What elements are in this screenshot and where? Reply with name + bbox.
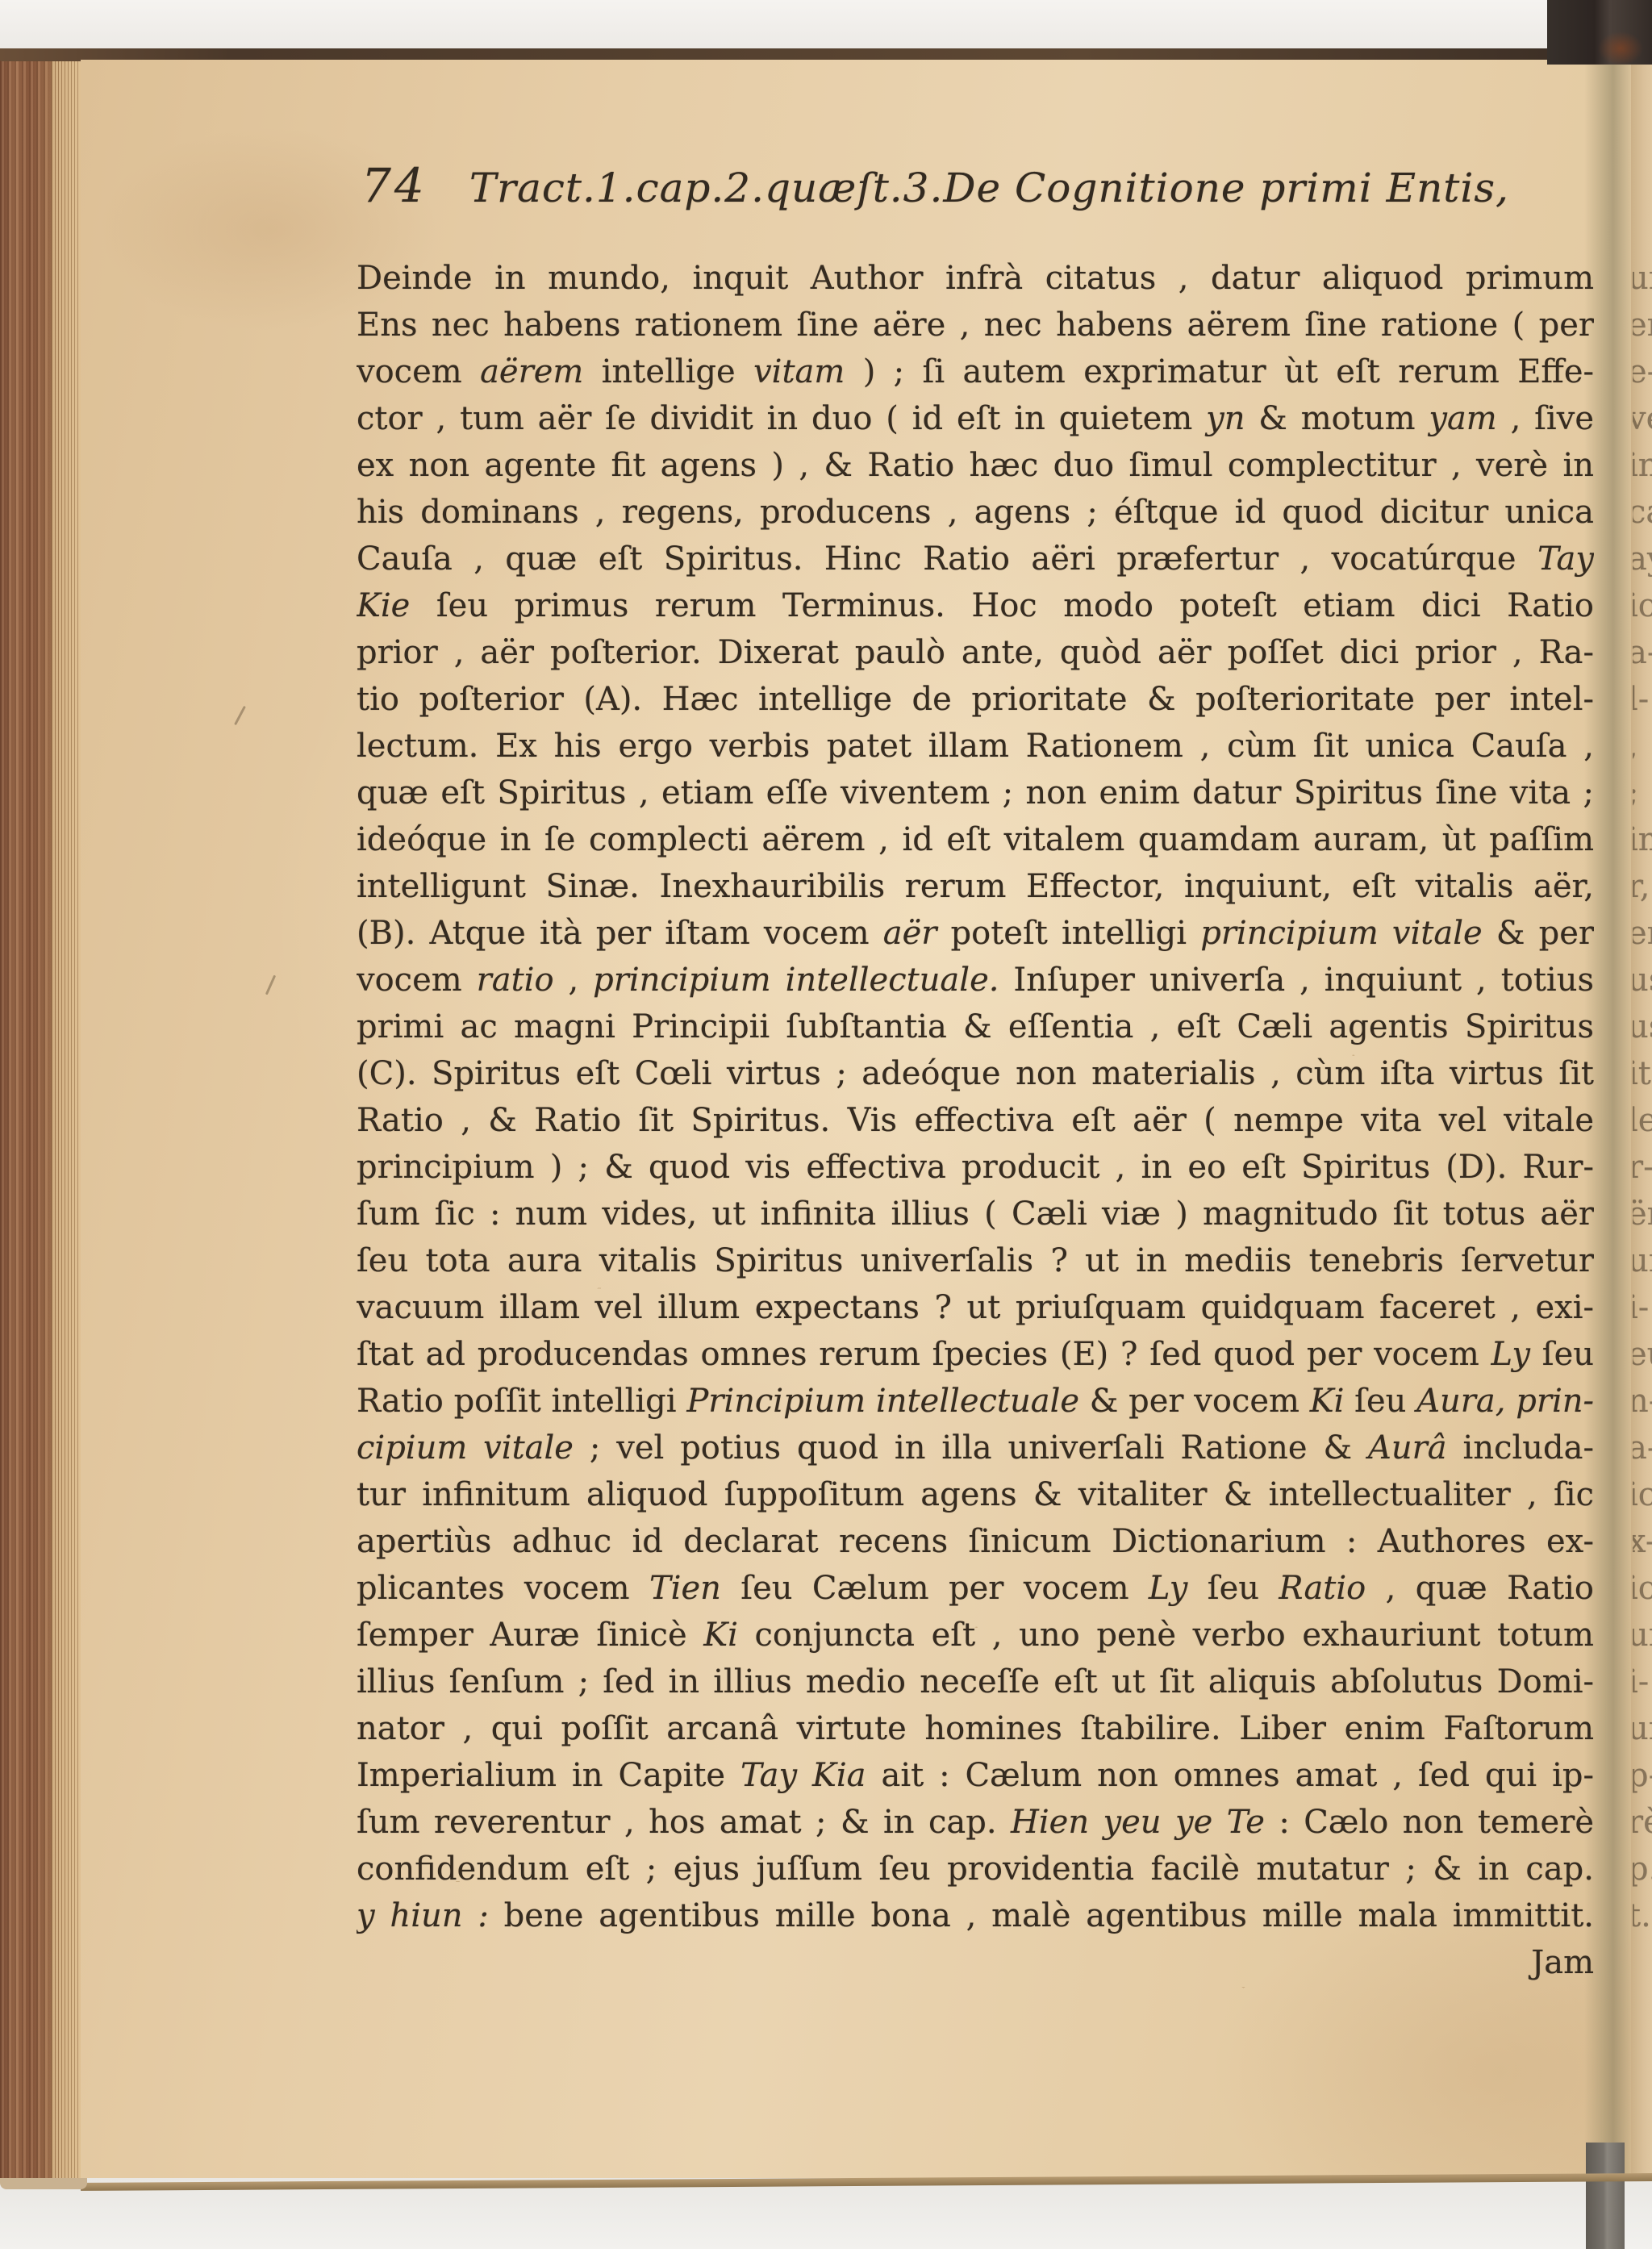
roman-run: ideóque in ſe complecti aërem , id eſt v…: [357, 821, 1594, 858]
text-line: ctor , tum aër ſe dividit in duo ( id eſ…: [357, 395, 1594, 442]
italic-run: Kie: [357, 587, 410, 624]
text-line: ex non agente fit agens ) , & Ratio hæc …: [357, 442, 1594, 489]
text-line: prior , aër poſterior. Dixerat paulò ant…: [357, 629, 1594, 676]
roman-run: lectum. Ex his ergo verbis patet illam R…: [357, 728, 1594, 765]
roman-run: ) ; ſi autem exprimatur ùt eſt rerum Eff…: [845, 353, 1594, 390]
edge-fragment: i-: [1633, 1284, 1652, 1331]
italic-run: vitam: [753, 353, 845, 390]
edge-fragment: im: [1633, 816, 1652, 863]
catchword: Jam: [357, 1939, 1594, 1986]
italic-run: Ly: [1149, 1570, 1187, 1607]
text-line: nator , qui poſſit arcanâ virtute homine…: [357, 1705, 1594, 1752]
italic-run: principium intellectuale.: [593, 962, 999, 999]
text-line: y hiun : bene agentibus mille bona , mal…: [357, 1892, 1594, 1939]
text-line: Cauſa , quæ eſt Spiritus. Hinc Ratio aër…: [357, 536, 1594, 582]
book-binding-spine: [0, 52, 52, 2183]
roman-run: ,: [554, 962, 594, 999]
roman-run: ſeu: [1530, 1336, 1594, 1373]
roman-run: , ſive: [1497, 400, 1594, 437]
text-line: Ratio , & Ratio ſit Spiritus. Vis effect…: [357, 1097, 1594, 1144]
italic-run: Tay: [1537, 540, 1594, 578]
roman-run: ait : Cælum non omnes amat , ſed qui ip-: [866, 1757, 1594, 1794]
edge-fragment: ve: [1633, 395, 1652, 442]
edge-fragment: p-: [1633, 1752, 1652, 1799]
scan-background-top: [0, 0, 1652, 52]
roman-run: illius ſenſum ; ſed in illius medio nece…: [357, 1663, 1594, 1700]
text-line: cipium vitale ; vel potius quod in illa …: [357, 1425, 1594, 1471]
italic-run: cipium vitale: [357, 1429, 574, 1467]
italic-run: Tien: [649, 1570, 721, 1607]
text-line: quæ eſt Spiritus , etiam eſſe viventem ;…: [357, 770, 1594, 816]
roman-run: his dominans , regens, producens , agens…: [357, 494, 1594, 531]
roman-run: ; vel potius quod in illa univerſali Rat…: [574, 1429, 1368, 1467]
italic-run: Ratio: [1279, 1570, 1366, 1607]
text-line: Ens nec habens rationem ſine aëre , nec …: [357, 302, 1594, 348]
italic-run: Ki: [703, 1617, 738, 1654]
italic-run: yam: [1429, 400, 1496, 437]
edge-fragment: us: [1633, 957, 1652, 1003]
roman-run: ſum ſic : num vides, ut infinita illius …: [357, 1195, 1594, 1233]
text-line: tur infinitum aliquod ſuppoſitum agens &…: [357, 1471, 1594, 1518]
roman-run: tio poſterior (A). Hæc intellige de prio…: [357, 681, 1594, 718]
roman-run: nator , qui poſſit arcanâ virtute homine…: [357, 1710, 1594, 1747]
running-header: 74 Tract.1.cap.2.quæſt.3.De Cognitione p…: [361, 158, 1587, 231]
roman-run: vacuum illam vel illum expectans ? ut pr…: [357, 1289, 1594, 1326]
roman-run: Imperialium in Capite: [357, 1757, 740, 1794]
edge-fragment: rè: [1633, 1799, 1652, 1846]
edge-fragment: ër: [1633, 1191, 1652, 1237]
edge-fragment: er: [1633, 302, 1652, 348]
roman-run: primi ac magni Principii ſubſtantia & eſ…: [357, 1008, 1594, 1045]
edge-fragment: e-: [1633, 348, 1652, 395]
text-line: confidendum eſt ; ejus juſſum ſeu provid…: [357, 1846, 1594, 1892]
roman-run: confidendum eſt ; ejus juſſum ſeu provid…: [357, 1851, 1594, 1888]
text-line: (C). Spiritus eſt Cœli virtus ; adeóque …: [357, 1050, 1594, 1097]
edge-fragment: ic: [1633, 1471, 1652, 1518]
edge-fragment: it: [1633, 1050, 1652, 1097]
text-line: ideóque in ſe complecti aërem , id eſt v…: [357, 816, 1594, 863]
edge-fragment: io: [1633, 1565, 1652, 1612]
roman-run: (B). Atque ità per iſtam vocem: [357, 915, 883, 952]
text-line: Ratio poſſit intelligi Principium intell…: [357, 1378, 1594, 1425]
roman-run: vocem: [357, 962, 477, 999]
roman-run: ſum reverentur , hos amat ; & in cap.: [357, 1804, 1011, 1841]
roman-run: poteſt intelligi: [937, 915, 1200, 952]
italic-run: Aurâ: [1368, 1429, 1447, 1467]
roman-run: ſeu primus rerum Terminus. Hoc modo pote…: [410, 587, 1594, 624]
text-line: ſeu tota aura vitalis Spiritus univerſal…: [357, 1237, 1594, 1284]
italic-run: y hiun :: [357, 1897, 489, 1934]
edge-fragment: um: [1633, 255, 1652, 302]
text-line: vacuum illam vel illum expectans ? ut pr…: [357, 1284, 1594, 1331]
italic-run: Tay Kia: [740, 1757, 866, 1794]
italic-run: aër: [883, 915, 937, 952]
roman-run: quæ eſt Spiritus , etiam eſſe viventem ;…: [357, 774, 1594, 812]
roman-run: includa-: [1447, 1429, 1594, 1467]
italic-run: Aura, prin-: [1416, 1383, 1594, 1420]
roman-run: & per vocem: [1079, 1383, 1310, 1420]
text-line: ſemper Auræ ſinicè Ki conjuncta eſt , un…: [357, 1612, 1594, 1659]
edge-fragment: ca: [1633, 489, 1652, 536]
edge-fragment: um: [1633, 1705, 1652, 1752]
roman-run: ſeu: [1344, 1383, 1416, 1420]
bottom-ribbon-strip: [1586, 2143, 1625, 2249]
edge-fragment: x-: [1633, 1518, 1652, 1565]
roman-run: Inſuper univerſa , inquiunt , totius: [999, 962, 1594, 999]
roman-run: ctor , tum aër ſe dividit in duo ( id eſ…: [357, 400, 1206, 437]
edge-fragment: er: [1633, 910, 1652, 957]
edge-fragment: in: [1633, 442, 1652, 489]
text-line: principium ) ; & quod vis effectiva prod…: [357, 1144, 1594, 1191]
text-line: vocem ratio , principium intellectuale. …: [357, 957, 1594, 1003]
text-line: Kie ſeu primus rerum Terminus. Hoc modo …: [357, 582, 1594, 629]
edge-fragment: r-: [1633, 1144, 1652, 1191]
edge-letter-fragments: umere-veincaayioa-l- , ;imr,erususitler-…: [1633, 255, 1652, 1949]
italic-run: ratio: [477, 962, 554, 999]
edge-fragment: a-: [1633, 629, 1652, 676]
text-line: plicantes vocem Tien ſeu Cælum per vocem…: [357, 1565, 1594, 1612]
dark-corner-tab: [1547, 0, 1652, 65]
text-line: ſum reverentur , hos amat ; & in cap. Hi…: [357, 1799, 1594, 1846]
roman-run: & per: [1483, 915, 1594, 952]
text-line: illius ſenſum ; ſed in illius medio nece…: [357, 1659, 1594, 1705]
italic-run: Principium intellectuale: [686, 1383, 1079, 1420]
roman-run: plicantes vocem: [357, 1570, 649, 1607]
roman-run: Cauſa , quæ eſt Spiritus. Hinc Ratio aër…: [357, 540, 1537, 578]
roman-run: Ens nec habens rationem ſine aëre , nec …: [357, 307, 1594, 344]
edge-fragment: eu: [1633, 1331, 1652, 1378]
roman-run: (C). Spiritus eſt Cœli virtus ; adeóque …: [357, 1055, 1594, 1092]
roman-run: Deinde in mundo, inquit Author infrà cit…: [357, 260, 1594, 297]
edge-fragment: io: [1633, 582, 1652, 629]
roman-run: ſeu tota aura vitalis Spiritus univerſal…: [357, 1242, 1594, 1279]
text-line: lectum. Ex his ergo verbis patet illam R…: [357, 723, 1594, 770]
edge-fragment: a-: [1633, 1425, 1652, 1471]
roman-run: , quæ Ratio: [1366, 1570, 1594, 1607]
text-line: intelligunt Sinæ. Inexhauribilis rerum E…: [357, 863, 1594, 910]
roman-run: principium ) ; & quod vis effectiva prod…: [357, 1149, 1594, 1186]
roman-run: Ratio , & Ratio ſit Spiritus. Vis effect…: [357, 1102, 1594, 1139]
roman-run: ſeu Cælum per vocem: [721, 1570, 1149, 1607]
edge-fragment: us: [1633, 1003, 1652, 1050]
text-line: Imperialium in Capite Tay Kia ait : Cælu…: [357, 1752, 1594, 1799]
page-number: 74: [361, 158, 428, 213]
binding-foot-edge: [0, 2178, 87, 2189]
roman-run: tur infinitum aliquod ſuppoſitum agens &…: [357, 1476, 1594, 1513]
roman-run: & motum: [1245, 400, 1429, 437]
edge-fragment: le: [1633, 1097, 1652, 1144]
edge-fragment: p.: [1633, 1846, 1652, 1892]
text-line: apertiùs adhuc id declarat recens ſinicu…: [357, 1518, 1594, 1565]
roman-run: Ratio poſſit intelligi: [357, 1383, 686, 1420]
roman-run: vocem: [357, 353, 480, 390]
roman-run: prior , aër poſterior. Dixerat paulò ant…: [357, 634, 1594, 671]
roman-run: bene agentibus mille bona , malè agentib…: [489, 1897, 1594, 1934]
italic-run: aërem: [480, 353, 583, 390]
italic-run: Ly: [1491, 1336, 1530, 1373]
italic-run: principium vitale: [1200, 915, 1483, 952]
roman-run: ex non agente fit agens ) , & Ratio hæc …: [357, 447, 1594, 484]
roman-run: intelligunt Sinæ. Inexhauribilis rerum E…: [357, 868, 1594, 905]
edge-fragment: i-: [1633, 1659, 1652, 1705]
text-line: his dominans , regens, producens , agens…: [357, 489, 1594, 536]
edge-fragment: ;: [1633, 770, 1652, 816]
roman-run: ſemper Auræ ſinicè: [357, 1617, 703, 1654]
edge-fragment: ur: [1633, 1237, 1652, 1284]
edge-fragment: ,: [1633, 723, 1652, 770]
text-line: (B). Atque ità per iſtam vocem aër poteſ…: [357, 910, 1594, 957]
text-line: primi ac magni Principii ſubſtantia & eſ…: [357, 1003, 1594, 1050]
roman-run: ſtat ad producendas omnes rerum ſpecies …: [357, 1336, 1491, 1373]
italic-run: Ki: [1310, 1383, 1345, 1420]
italic-run: yn: [1206, 400, 1245, 437]
edge-fragment: l-: [1633, 676, 1652, 723]
text-line: ſtat ad producendas omnes rerum ſpecies …: [357, 1331, 1594, 1378]
edge-fragment: n-: [1633, 1378, 1652, 1425]
text-line: Deinde in mundo, inquit Author infrà cit…: [357, 255, 1594, 302]
edge-fragment: t.: [1633, 1892, 1652, 1939]
body-text: Deinde in mundo, inquit Author infrà cit…: [357, 255, 1594, 1986]
text-line: vocem aërem intellige vitam ) ; ſi autem…: [357, 348, 1594, 395]
roman-run: : Cælo non temerè: [1265, 1804, 1594, 1841]
edge-fragment: ay: [1633, 536, 1652, 582]
book-scan: { "page_header": { "page_number": "74", …: [0, 0, 1652, 2249]
edge-fragment: r,: [1633, 863, 1652, 910]
text-line: tio poſterior (A). Hæc intellige de prio…: [357, 676, 1594, 723]
roman-run: apertiùs adhuc id declarat recens ſinicu…: [357, 1523, 1594, 1560]
roman-run: conjuncta eſt , uno penè verbo exhauriun…: [738, 1617, 1594, 1654]
text-line: ſum ſic : num vides, ut infinita illius …: [357, 1191, 1594, 1237]
italic-run: Hien yeu ye Te: [1011, 1804, 1265, 1841]
running-title: Tract.1.cap.2.quæſt.3.De Cognitione prim…: [469, 165, 1509, 211]
edge-fragment: um: [1633, 1612, 1652, 1659]
roman-run: ſeu: [1187, 1570, 1279, 1607]
roman-run: intellige: [583, 353, 753, 390]
